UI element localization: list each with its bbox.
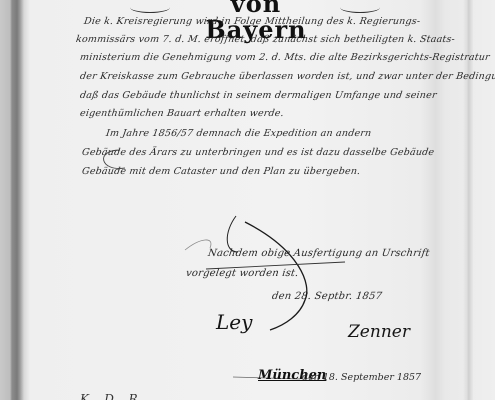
- closing-date: den 28. Septbr. 1857: [271, 291, 383, 302]
- body-line-3: ministerium die Genehmigung vom 2. d. Mt…: [79, 52, 490, 63]
- signature-ley: Ley: [216, 310, 252, 334]
- body-line-7: Im Jahre 1856/57 demnach die Expedition …: [105, 128, 372, 139]
- body-line-8: Gebäude des Ärars zu unterbringen und es…: [81, 147, 435, 158]
- body-line-2: kommissärs vom 7. d. M. eröffnet, daß zu…: [75, 34, 455, 45]
- body-line-6: eigenthümlichen Bauart erhalten werde.: [79, 108, 284, 119]
- body-line-1: Die k. Kreisregierung wird in Folge Mitt…: [83, 16, 421, 27]
- cut-off-bottom-line: K... D... R...: [80, 392, 149, 400]
- body-line-4: der Kreiskasse zum Gebrauche überlassen …: [79, 71, 495, 82]
- signature-zenner: Zenner: [348, 322, 410, 342]
- heading-flourish-left: [130, 2, 170, 13]
- closing-line-1: Nachdem obige Ausfertigung an Urschrift: [207, 248, 430, 259]
- body-line-5: daß das Gebäude thunlichst in seinem der…: [79, 90, 437, 101]
- closing-line-2: vorgelegt worden ist.: [185, 268, 299, 279]
- document-heading: von Bayern: [176, 0, 336, 17]
- place-date: den 18. September 1857: [302, 372, 421, 383]
- heading-flourish-right: [340, 2, 380, 13]
- body-line-9: Gebäude mit dem Cataster und den Plan zu…: [81, 166, 361, 177]
